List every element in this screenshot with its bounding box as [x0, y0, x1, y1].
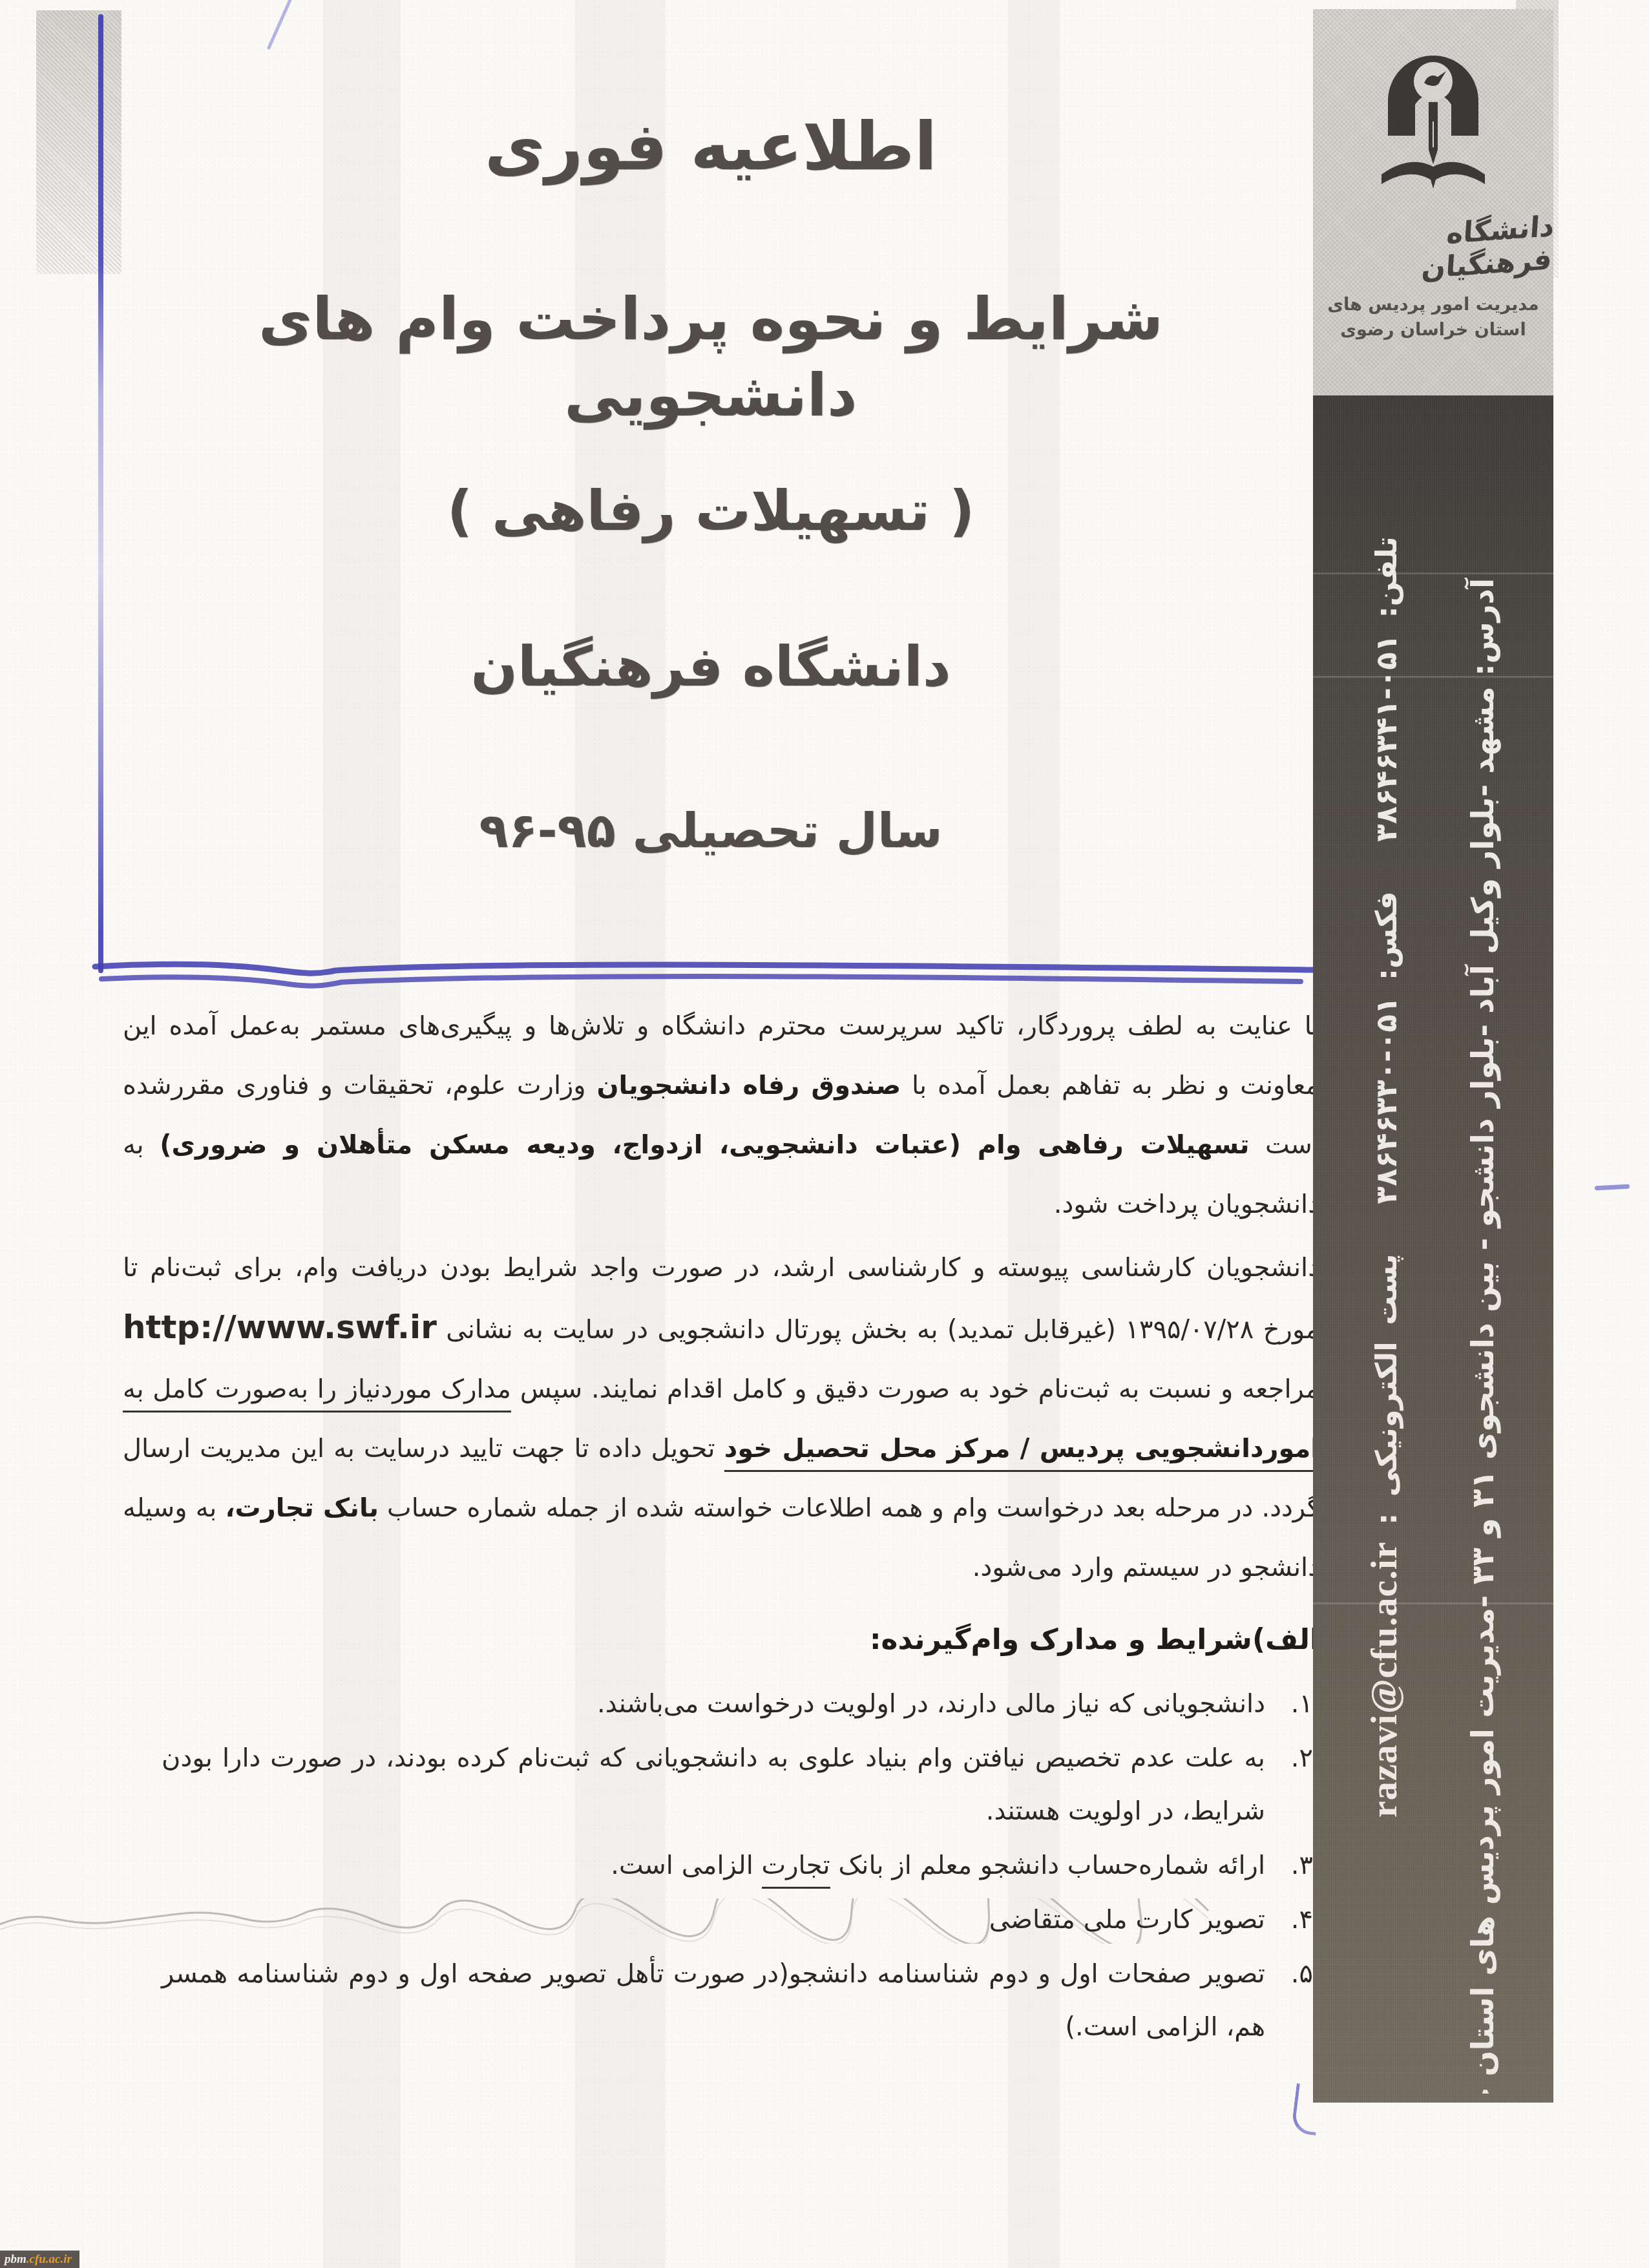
title-loan-conditions: شرایط و نحوه پرداخت وام های دانشجویی — [110, 282, 1312, 435]
pen-double-underline — [87, 955, 1334, 996]
item-number: ۴. — [1265, 1893, 1319, 1946]
item-text: تصویر صفحات اول و دوم شناسنامه دانشجو(در… — [123, 1948, 1265, 2053]
title-welfare-facilities: ( تسهیلات رفاهی ) — [110, 476, 1312, 548]
item-text: به علت عدم تخصیص نیافتن وام بنیاد علوی ب… — [123, 1732, 1265, 1838]
sidebar-contact-vertical: تلفن: ۰۵۱-۳۸۶۴۶۳۴۱ فکس: ۰۵۱-۳۸۶۴۶۳۳۰ پست… — [1353, 420, 1415, 2094]
scanned-announcement-page: اطلاعیه فوری شرایط و نحوه پرداخت وام های… — [0, 0, 1649, 2268]
farhangian-university-logo-icon — [1360, 25, 1506, 218]
list-item: ۱. دانشجویانی که نیاز مالی دارند، در اول… — [123, 1677, 1319, 1730]
item-number: ۲. — [1265, 1732, 1319, 1838]
announcement-body: با عنایت به لطف پروردگار، تاکید سرپرست م… — [123, 996, 1319, 2055]
p2-underline-documents: مدارک موردنیاز را به‌صورت کامل به — [123, 1374, 511, 1412]
paragraph-intro: با عنایت به لطف پروردگار، تاکید سرپرست م… — [123, 996, 1319, 1234]
item-text: ارائه شماره‌حساب دانشجو معلم از بانک تجا… — [123, 1839, 1265, 1892]
logo-dept-line1: مدیریت امور پردیس های — [1327, 295, 1539, 315]
item-text: تصویر کارت ملی متقاضی — [123, 1893, 1265, 1946]
p2-bold-campus-office: اموردانشجویی پردیس / مرکز محل تحصیل خود — [724, 1434, 1319, 1472]
sidebar-logo-block: دانشگاه فرهنگیان مدیریت امور پردیس های ا… — [1313, 9, 1553, 395]
pen-squiggle-mark — [1290, 2083, 1321, 2136]
p2-bold-tejarat-bank: بانک تجارت، — [225, 1493, 379, 1523]
pen-dash-mark — [1595, 1184, 1630, 1191]
item-number: ۳. — [1265, 1839, 1319, 1892]
section-heading-conditions: الف)شرایط و مدارک وام‌گیرنده: — [123, 1614, 1319, 1666]
watermark-badge: pbm.cfu.ac.ir — [0, 2251, 79, 2268]
list-item: ۳. ارائه شماره‌حساب دانشجو معلم از بانک … — [123, 1839, 1319, 1892]
sidebar-address-vertical: آدرس: مشهد -بلوار وکیل آباد -بلوار دانشج… — [1453, 420, 1515, 2094]
sidebar-phone-fax-email-label: تلفن: ۰۵۱-۳۸۶۴۶۳۴۱ فکس: ۰۵۱-۳۸۶۴۶۳۳۰ پست… — [1369, 536, 1403, 1542]
watermark-domain: .cfu.ac.ir — [26, 2252, 72, 2267]
logo-dept-line2: استان خراسان رضوی — [1340, 320, 1526, 340]
conditions-list: ۱. دانشجویانی که نیاز مالی دارند، در اول… — [123, 1677, 1319, 2053]
scan-streak — [1313, 1602, 1553, 1604]
p1-bold-student-welfare-fund: صندوق رفاه دانشجویان — [596, 1071, 901, 1100]
item3-text: ارائه شماره‌حساب دانشجو معلم از بانک — [830, 1851, 1265, 1880]
item-number: ۱. — [1265, 1677, 1319, 1730]
sidebar-dark-strip — [1313, 395, 1553, 2103]
title-university-name: دانشگاه فرهنگیان — [110, 632, 1312, 704]
p1-bold-loan-types: تسهیلات رفاهی وام (عتبات دانشجویی، ازدوا… — [160, 1130, 1249, 1160]
p2-text: مراجعه و نسبت به ثبت‌نام خود به صورت دقی… — [511, 1374, 1319, 1404]
watermark-prefix: pbm — [5, 2252, 26, 2267]
list-item: ۴. تصویر کارت ملی متقاضی — [123, 1893, 1319, 1946]
paragraph-registration: دانشجویان کارشناسی پیوسته و کارشناسی ارش… — [123, 1238, 1319, 1597]
sidebar-email-address: razavi@cfu.ac.ir — [1363, 1542, 1405, 1818]
scan-texture-patch — [36, 10, 121, 274]
scan-streak — [1313, 676, 1553, 678]
list-item: ۵. تصویر صفحات اول و دوم شناسنامه دانشجو… — [123, 1948, 1319, 2053]
pen-vertical-line — [98, 14, 103, 973]
list-item: ۲. به علت عدم تخصیص نیافتن وام بنیاد علو… — [123, 1732, 1319, 1838]
logo-university-name-calligraphy: دانشگاه فرهنگیان — [1311, 210, 1555, 293]
title-academic-year: سال تحصیلی ۹۵-۹۶ — [110, 800, 1312, 862]
item3-underline-tejarat: تجارت — [762, 1851, 830, 1889]
item-number: ۵. — [1265, 1948, 1319, 2053]
title-urgent-notice: اطلاعیه فوری — [110, 105, 1312, 191]
item3-text: الزامی است. — [611, 1851, 761, 1880]
pen-diagonal-mark — [267, 0, 293, 50]
item-text: دانشجویانی که نیاز مالی دارند، در اولویت… — [123, 1677, 1265, 1730]
scan-streak — [1313, 572, 1553, 574]
swf-portal-url: http://www.swf.ir — [123, 1308, 437, 1346]
